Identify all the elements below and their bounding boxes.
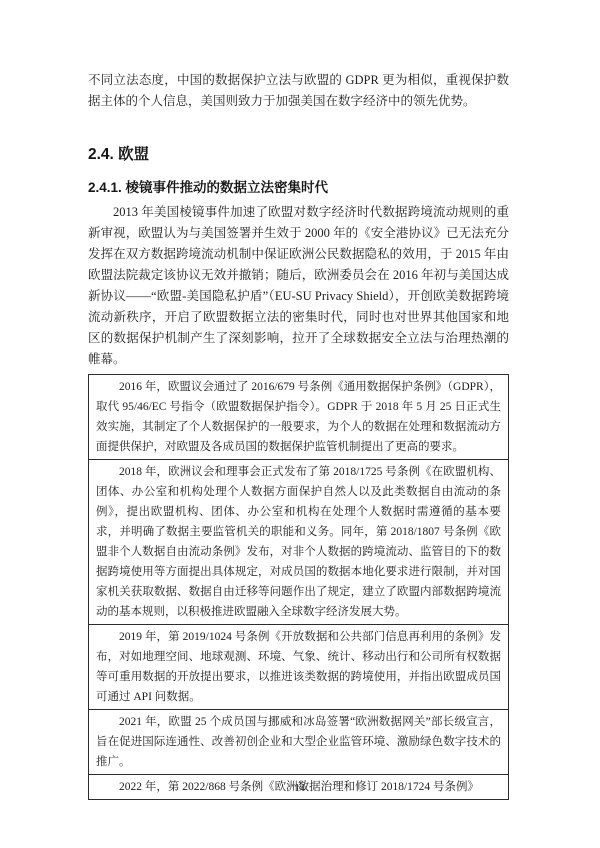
subsection-heading: 2.4.1. 棱镜事件推动的数据立法密集时代: [88, 180, 509, 196]
section-heading: 2.4. 欧盟: [88, 146, 509, 164]
document-page: 不同立法态度，中国的数据保护立法与欧盟的 GDPR 更为相似，重视保护数据主体的…: [0, 0, 600, 848]
intro-paragraph: 不同立法态度，中国的数据保护立法与欧盟的 GDPR 更为相似，重视保护数据主体的…: [88, 70, 509, 112]
page-content: 不同立法态度，中国的数据保护立法与欧盟的 GDPR 更为相似，重视保护数据主体的…: [88, 70, 509, 800]
timeline-row-2019: 2019 年，第 2019/1024 号条例《开放数据和公共部门信息再利用的条例…: [89, 625, 508, 710]
timeline-row-2018: 2018 年，欧洲议会和理事会正式发布了第 2018/1725 号条例《在欧盟机…: [89, 460, 508, 625]
timeline-box-table: 2016 年，欧盟议会通过了 2016/679 号条例《通用数据保护条例》（GD…: [88, 374, 509, 800]
timeline-row-2016: 2016 年，欧盟议会通过了 2016/679 号条例《通用数据保护条例》（GD…: [89, 375, 508, 460]
timeline-row-2021: 2021 年，欧盟 25 个成员国与挪威和冰岛签署“欧洲数据网关”部长级宣言，旨…: [89, 710, 508, 775]
page-number: 14: [0, 783, 600, 794]
body-paragraph: 2013 年美国棱镜事件加速了欧盟对数字经济时代数据跨境流动规则的重新审视，欧盟…: [88, 202, 509, 370]
